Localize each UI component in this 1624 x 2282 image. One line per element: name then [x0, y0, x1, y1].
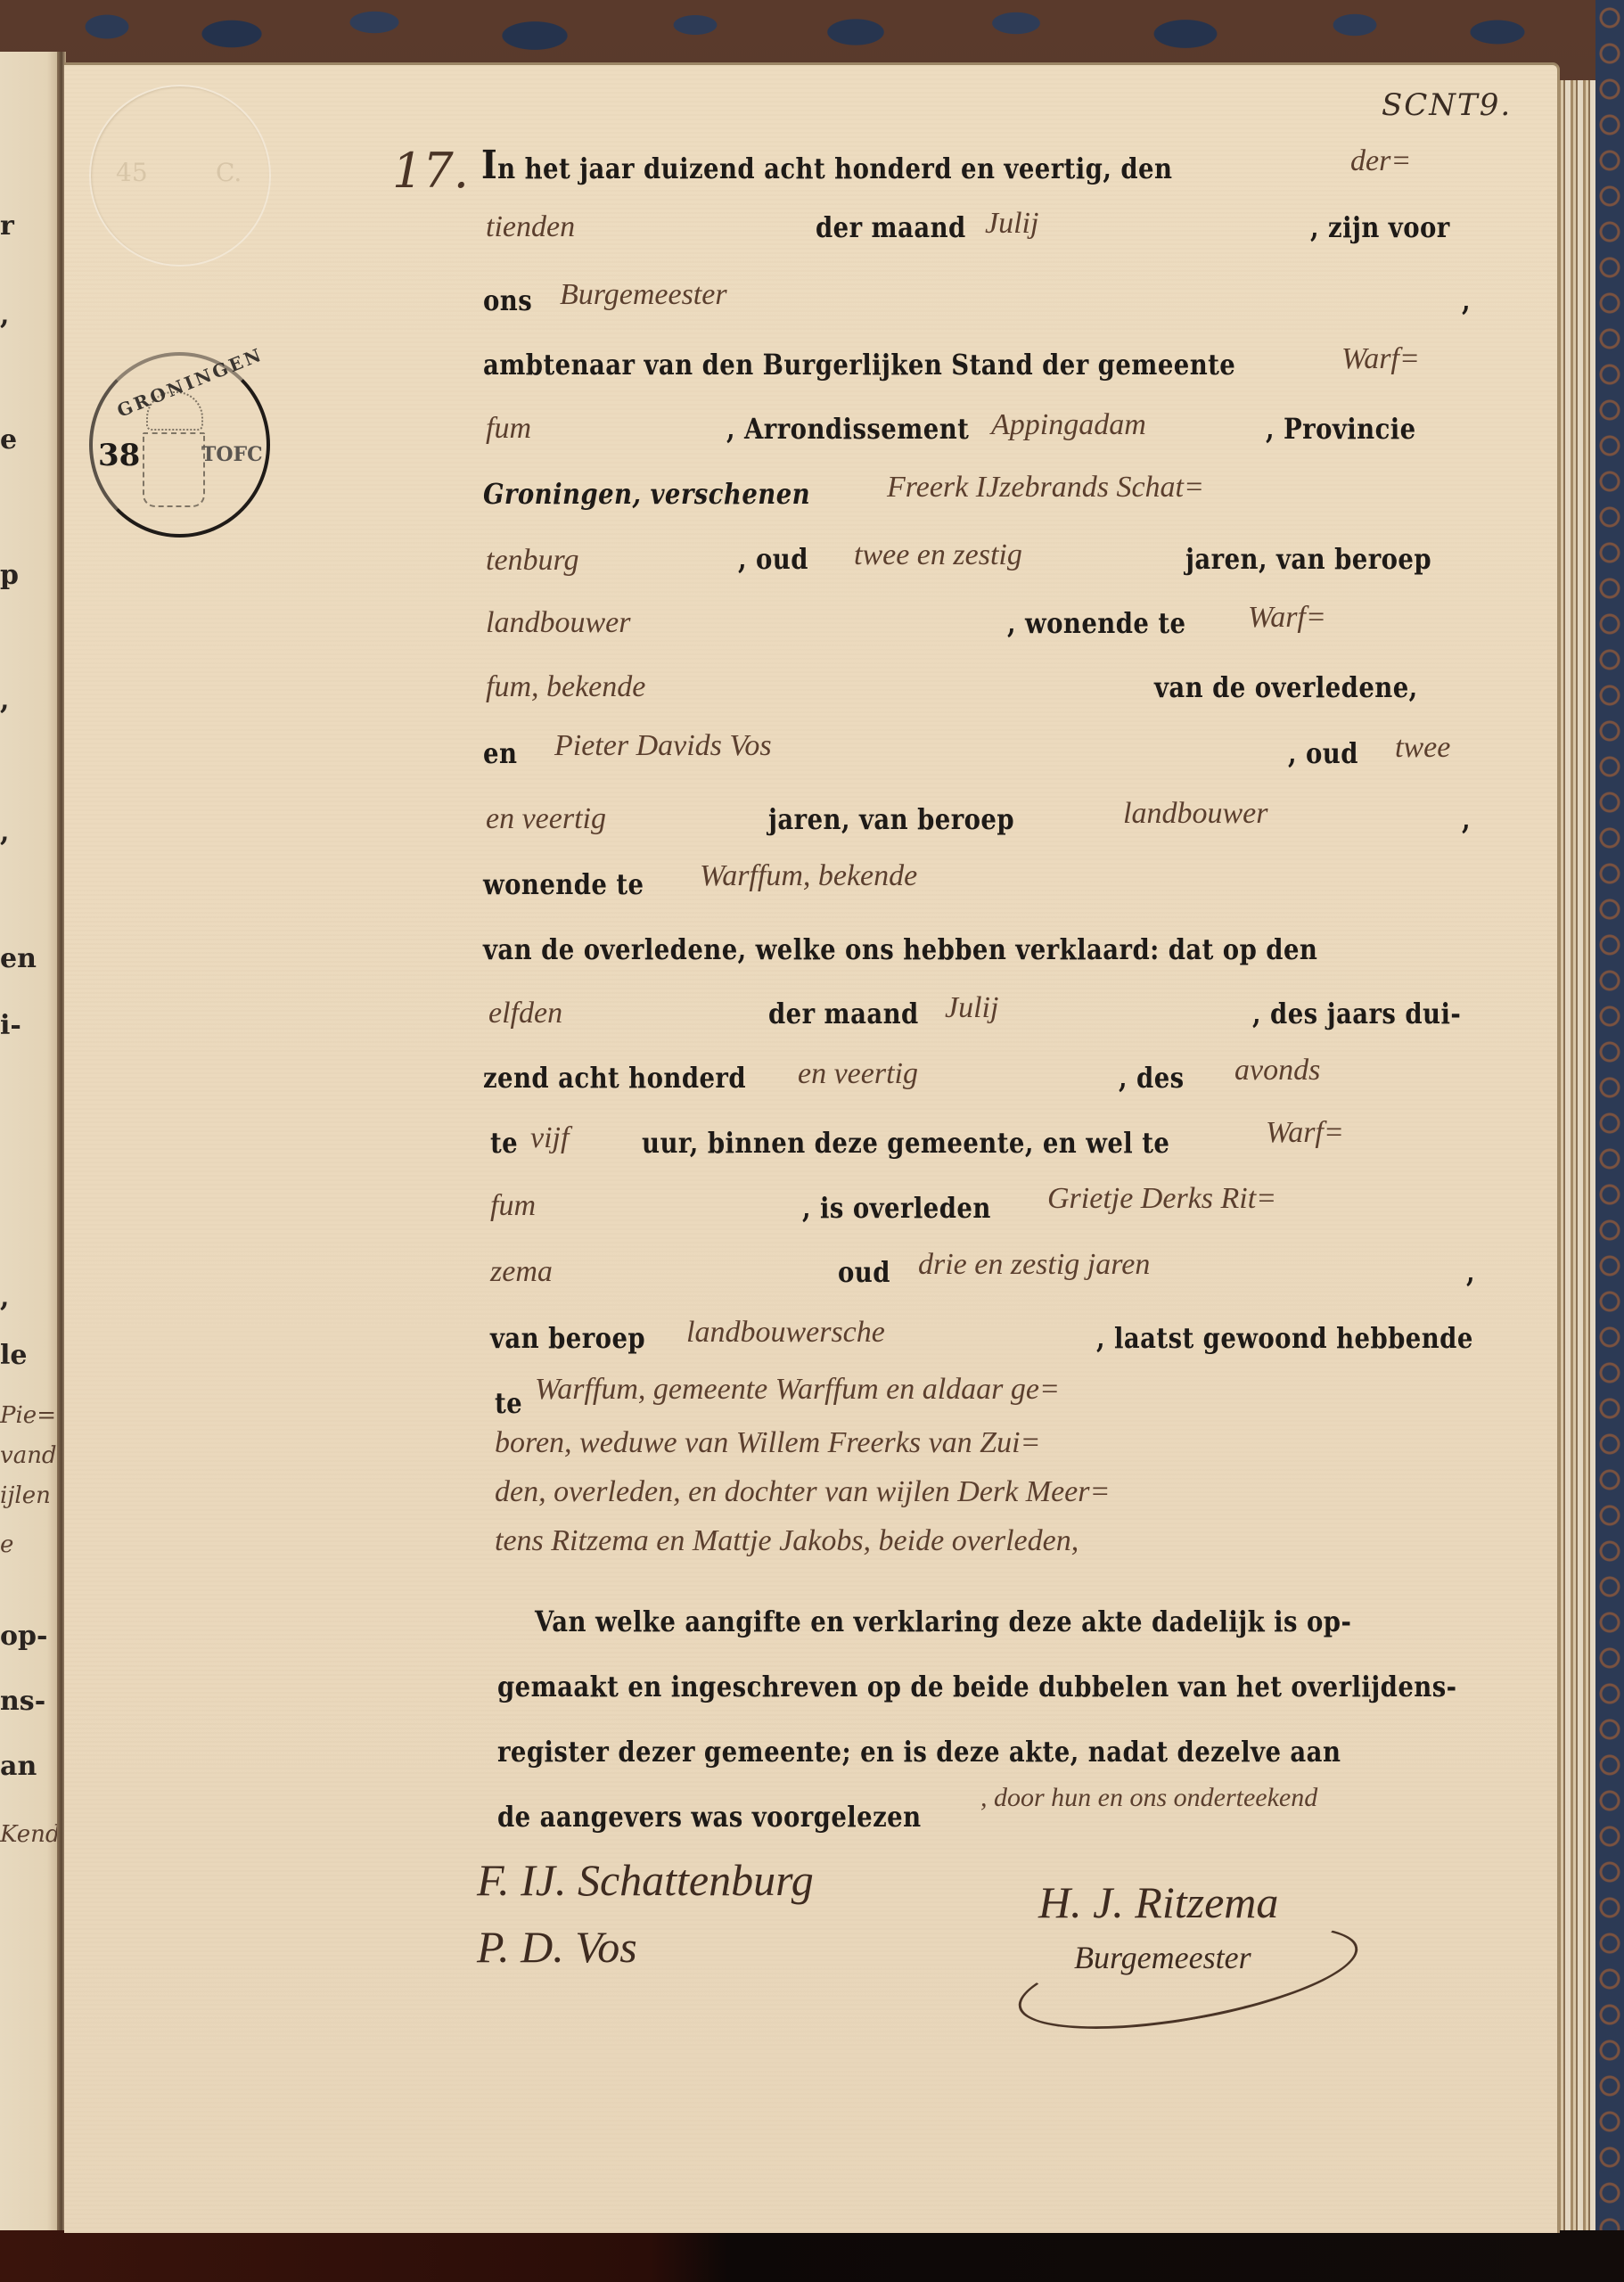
- printed-text: ,: [1466, 1255, 1475, 1289]
- left-fragment: ns-: [0, 1686, 45, 1717]
- printed-text: Groningen, verschenen: [483, 477, 810, 511]
- printed-text: , wonende te: [1007, 606, 1185, 640]
- handwritten-day-part: der=: [1350, 144, 1411, 178]
- printed-text: der maand: [816, 210, 966, 244]
- left-hand-fragment: Kend: [0, 1821, 61, 1848]
- record-line-1: In het jaar duizend acht honderd en veer…: [481, 143, 1285, 188]
- left-fragment: ,: [0, 300, 9, 331]
- printed-text: , Arrondissement: [726, 412, 969, 446]
- handwritten-place-of-death: Warf=: [1266, 1116, 1344, 1150]
- printed-text: , Provincie: [1266, 412, 1416, 446]
- handwritten-municipality: fum: [486, 412, 531, 446]
- signature-official: H. J. Ritzema: [1038, 1876, 1278, 1928]
- book-bottom-edge: [0, 2230, 1624, 2282]
- left-fragment: op-: [0, 1621, 47, 1652]
- handwritten-official: Burgemeester: [560, 278, 727, 312]
- left-hand-fragment: vand: [0, 1442, 57, 1469]
- printed-text: uur, binnen deze gemeente, en wel te: [642, 1126, 1169, 1160]
- entry-number: 17.: [392, 143, 469, 199]
- closing-text-line-1: Van welke aangifte en verklaring deze ak…: [535, 1605, 1351, 1638]
- handwritten-parents-detail-cont: tens Ritzema en Mattje Jakobs, beide ove…: [495, 1524, 1079, 1558]
- printed-text: zend acht honderd: [483, 1061, 746, 1095]
- handwritten-age: twee: [1395, 731, 1450, 765]
- printed-text: oud: [838, 1255, 890, 1289]
- left-fragment: an: [0, 1751, 37, 1782]
- embossed-seal: 45 C.: [89, 85, 271, 267]
- printed-text: te: [495, 1386, 522, 1420]
- left-hand-fragment: e: [0, 1531, 13, 1558]
- printed-text: , oud: [1288, 736, 1358, 770]
- printed-text: , des: [1119, 1061, 1185, 1095]
- folio-number: SCNT9.: [1382, 87, 1512, 123]
- left-fragment: p: [0, 560, 19, 591]
- printed-text: , zijn voor: [1310, 210, 1450, 244]
- closing-text-line-4: de aangevers was voorgelezen: [497, 1800, 922, 1834]
- handwritten-declarant-1: Freerk IJzebrands Schat=: [887, 471, 1204, 505]
- handwritten-age-deceased: drie en zestig jaren: [918, 1248, 1150, 1282]
- handwritten-spouse-detail: boren, weduwe van Willem Freerks van Zui…: [495, 1426, 1040, 1460]
- left-fragment: r: [0, 210, 14, 242]
- left-page-sliver: r , e p , , en i- , le Pie= vand ijlen e…: [0, 52, 59, 2230]
- closing-text-line-3: register dezer gemeente; en is deze akte…: [497, 1735, 1341, 1769]
- handwritten-time-of-day: avonds: [1234, 1054, 1320, 1088]
- printed-text: ambtenaar van den Burgerlijken Stand der…: [483, 348, 1235, 382]
- printed-text: , laatst gewoond hebbende: [1096, 1321, 1473, 1355]
- printed-text: In het jaar duizend acht honderd en veer…: [481, 143, 1172, 188]
- handwritten-occupation-deceased: landbouwersche: [686, 1316, 885, 1350]
- left-fragment: ,: [0, 817, 9, 848]
- left-fragment: le: [0, 1340, 27, 1371]
- handwritten-arrondissement: Appingadam: [991, 408, 1146, 442]
- handwritten-death-day: elfden: [488, 997, 562, 1030]
- printed-text: ,: [1462, 283, 1471, 317]
- marbled-cover-right-edge: [1595, 0, 1624, 2282]
- handwritten-month: Julij: [985, 207, 1038, 241]
- left-fragment: i-: [0, 1010, 21, 1041]
- printed-text: van de overledene, welke ons hebben verk…: [483, 932, 1317, 966]
- printed-text: ,: [1462, 802, 1471, 836]
- left-fragment: ,: [0, 1282, 9, 1313]
- printed-text: van de overledene,: [1154, 670, 1418, 704]
- stamp-right-text: TOFC: [201, 443, 263, 466]
- handwritten-occupation: landbouwer: [1123, 797, 1267, 831]
- page-stack-edges: [1558, 80, 1595, 2230]
- left-fragment: e: [0, 424, 17, 456]
- handwritten-deceased-name: Grietje Derks Rit=: [1047, 1182, 1276, 1216]
- handwritten-declarant-1-cont: tenburg: [486, 544, 579, 578]
- handwritten-closing: , door hun en ons onderteekend: [980, 1783, 1317, 1813]
- handwritten-day: tienden: [486, 210, 575, 244]
- printed-text: van beroep: [490, 1321, 645, 1355]
- handwritten-residence: Warffum, bekende: [700, 859, 917, 893]
- handwritten-place-cont: fum: [490, 1189, 536, 1223]
- groningen-ink-stamp: GRONINGEN 38 TOFC: [89, 352, 270, 538]
- left-hand-fragment: Pie=: [0, 1402, 56, 1429]
- printed-text: wonende te: [483, 867, 644, 901]
- closing-text-line-2: gemaakt en ingeschreven op de beide dubb…: [497, 1670, 1456, 1703]
- handwritten-residence: Warf=: [1248, 601, 1326, 635]
- handwritten-year: en veertig: [798, 1057, 918, 1091]
- emboss-left-text: 45: [116, 158, 148, 187]
- printed-text: en: [483, 736, 517, 770]
- signature-declarant-1: F. IJ. Schattenburg: [477, 1854, 814, 1906]
- left-fragment: ,: [0, 685, 9, 716]
- signature-declarant-2: P. D. Vos: [477, 1921, 637, 1973]
- handwritten-deceased-name-cont: zema: [490, 1255, 553, 1289]
- printed-text: , is overleden: [802, 1191, 991, 1225]
- printed-text: , oud: [738, 542, 808, 576]
- left-hand-fragment: ijlen: [0, 1482, 51, 1509]
- handwritten-relation: fum, bekende: [486, 670, 645, 704]
- printed-text: ons: [483, 283, 532, 317]
- handwritten-occupation: landbouwer: [486, 606, 630, 640]
- handwritten-municipality: Warf=: [1341, 342, 1420, 376]
- emboss-right-text: C.: [216, 158, 242, 187]
- printed-text: te: [490, 1126, 518, 1160]
- handwritten-declarant-2: Pieter Davids Vos: [554, 729, 772, 763]
- handwritten-death-month: Julij: [945, 991, 998, 1025]
- handwritten-hour: vijf: [530, 1121, 569, 1155]
- left-fragment: en: [0, 943, 37, 974]
- handwritten-age-cont: en veertig: [486, 802, 606, 836]
- printed-text: jaren, van beroep: [1185, 542, 1431, 576]
- printed-text: der maand: [768, 997, 919, 1030]
- stamp-number: 38: [98, 438, 140, 473]
- printed-text: jaren, van beroep: [768, 802, 1014, 836]
- handwritten-parents-detail: den, overleden, en dochter van wijlen De…: [495, 1475, 1110, 1509]
- handwritten-residence-detail: Warffum, gemeente Warffum en aldaar ge=: [535, 1373, 1060, 1407]
- handwritten-age: twee en zestig: [854, 538, 1022, 572]
- printed-text: , des jaars dui-: [1252, 997, 1461, 1030]
- shield-icon: [143, 432, 205, 507]
